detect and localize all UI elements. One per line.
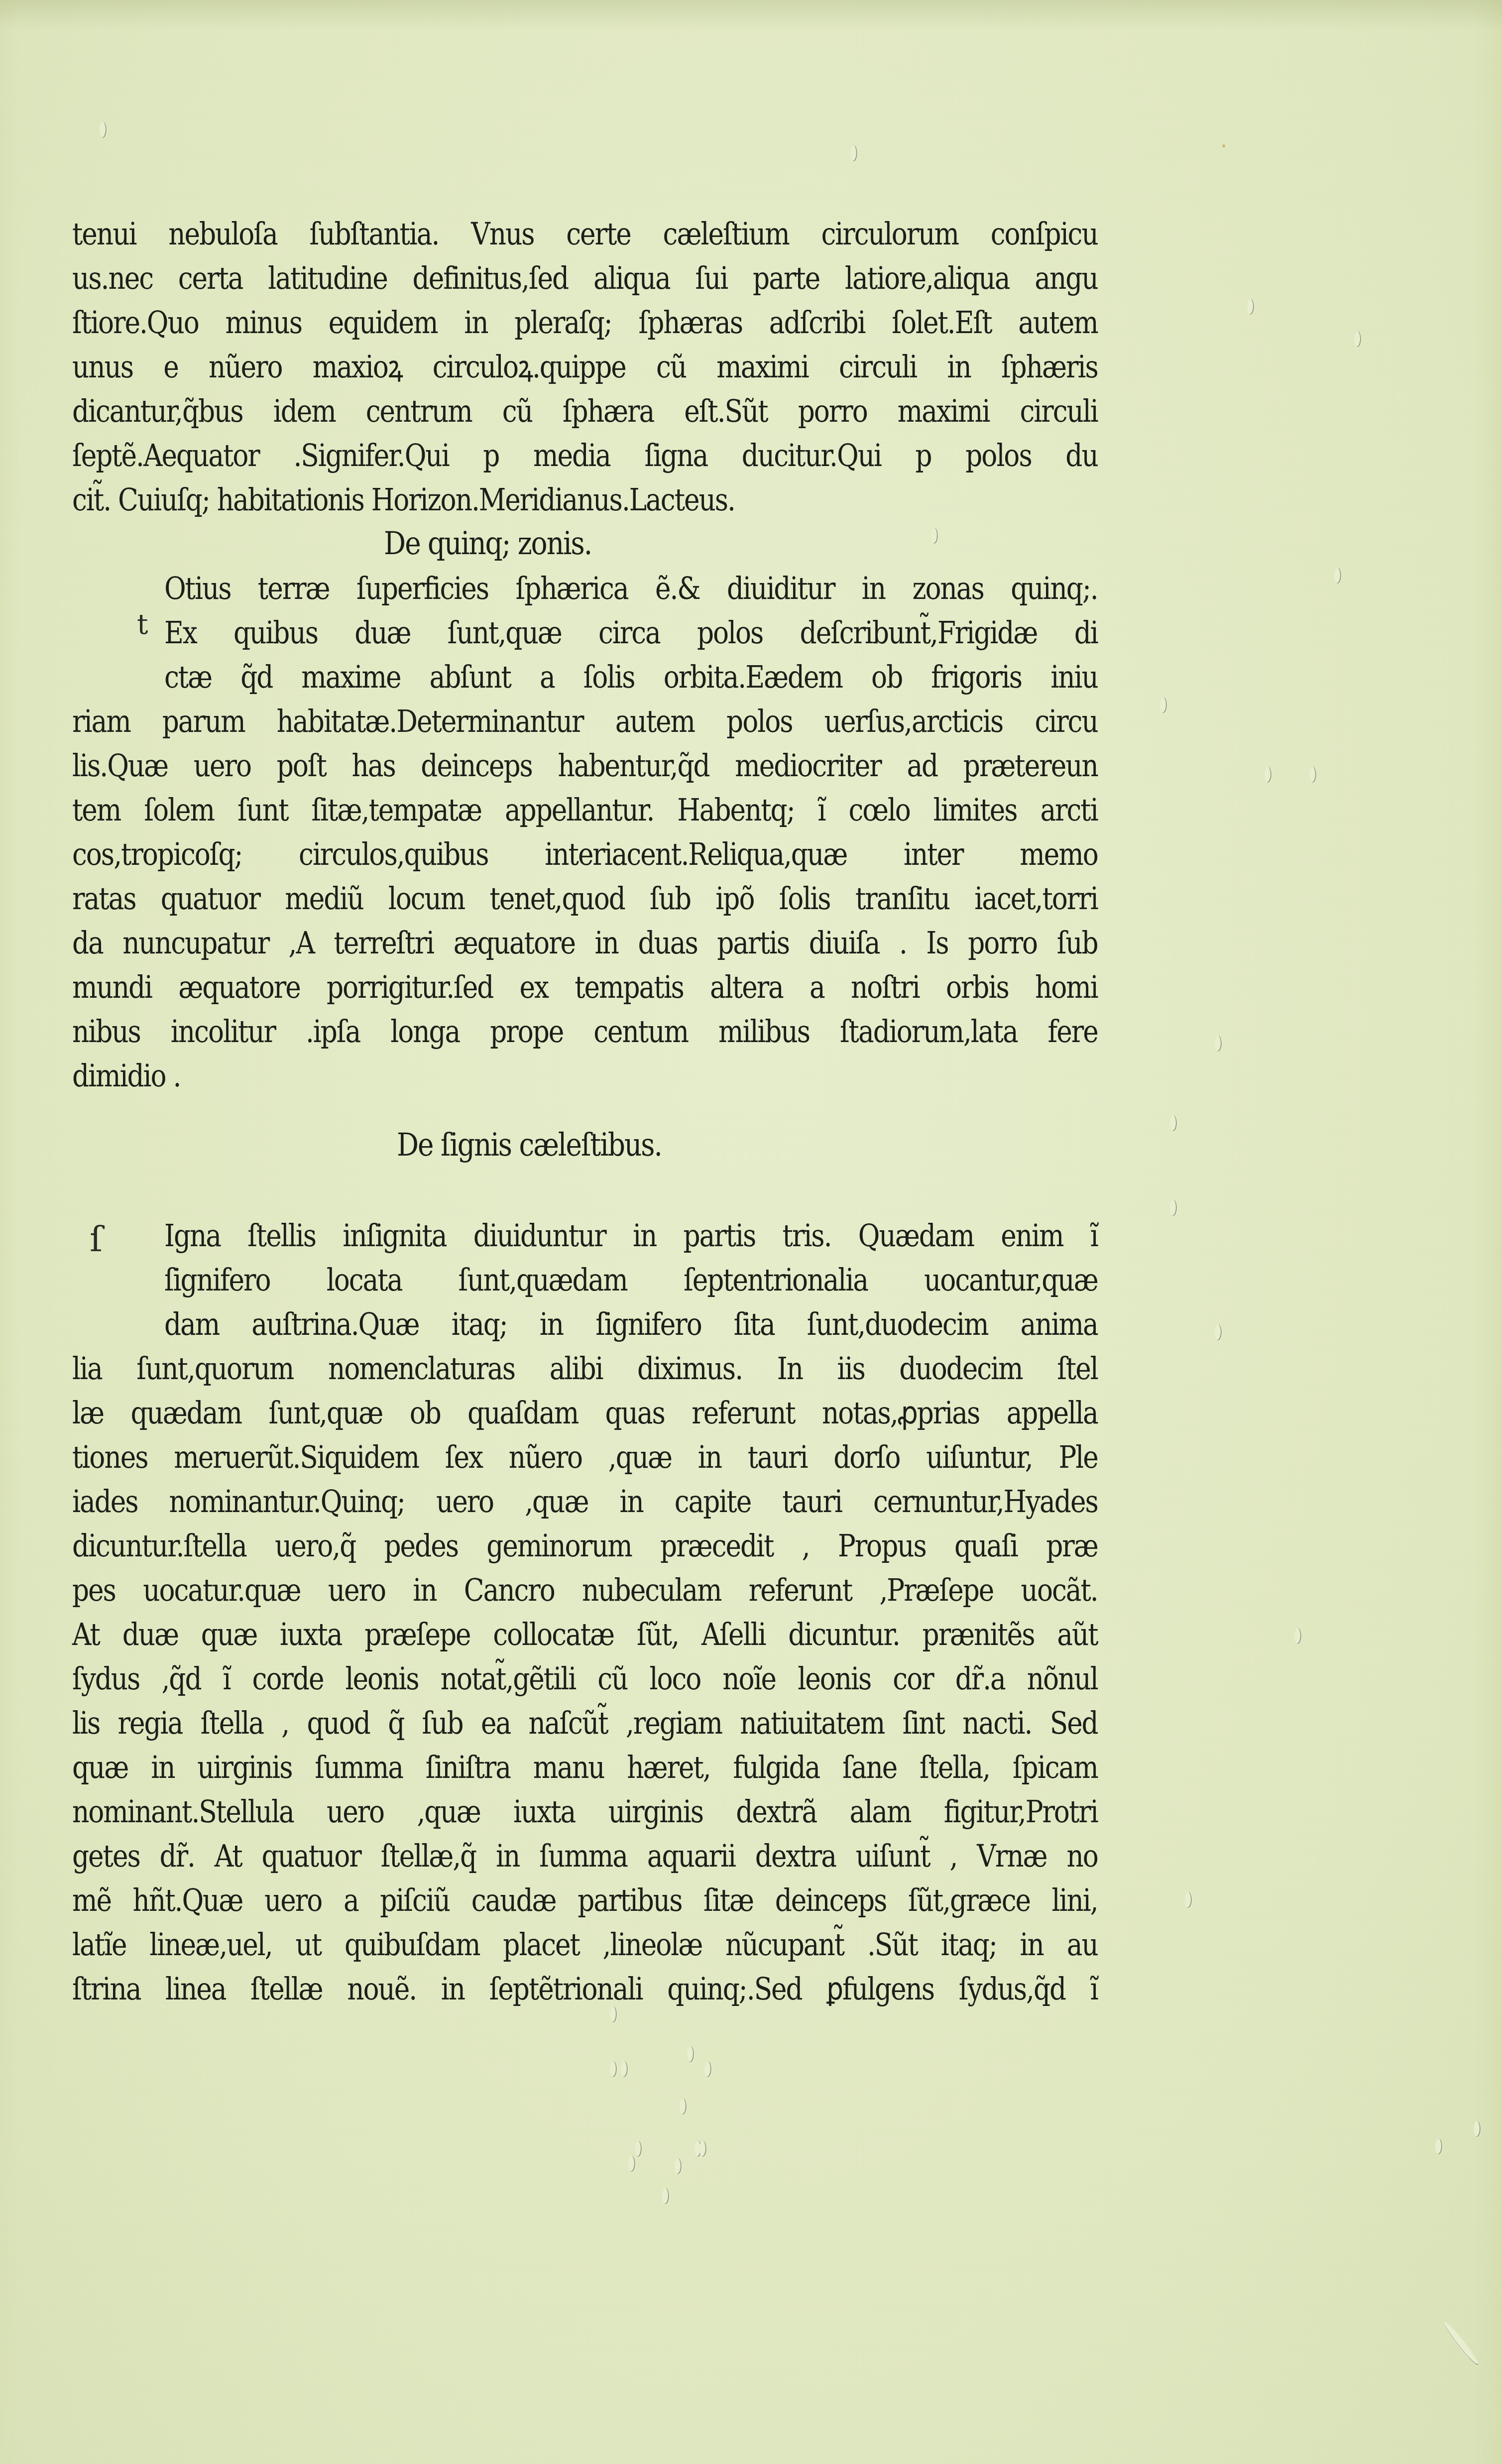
text-line: dicuntur.ſtella uero,q̃ pedes geminorum … <box>72 1524 1098 1568</box>
text-line: tem ſolem ſunt ſitæ,tempatæ appellantur.… <box>72 788 1098 832</box>
wormhole-mark <box>699 2141 706 2157</box>
wormhole-mark <box>1354 331 1361 347</box>
text-line: tenui nebuloſa ſubſtantia. Vnus certe cæ… <box>72 212 1098 256</box>
wormhole-channel <box>1442 2320 1481 2367</box>
wormhole-mark <box>1334 568 1341 584</box>
text-line: riam parum habitatæ.Determinantur autem … <box>72 699 1098 743</box>
wormhole-mark <box>850 145 857 161</box>
wormhole-mark <box>635 2141 642 2157</box>
text-line: tiones meruerũt.Siquidem ſex nũero ,quæ … <box>72 1435 1098 1479</box>
wormhole-mark <box>1160 697 1167 713</box>
text-line: ſignifero locata ſunt,quædam ſeptentrion… <box>72 1258 1098 1302</box>
text-line: lia ſunt,quorum nomenclaturas alibi dixi… <box>72 1346 1098 1391</box>
section-heading-signis: De ſignis cæleſtibus. <box>72 1118 954 1173</box>
wormhole-mark <box>662 2188 669 2204</box>
wormhole-mark <box>1215 1324 1222 1340</box>
wormhole-mark <box>1170 1115 1177 1131</box>
text-line: ctæ q̃d maxime abſunt a ſolis orbita.Eæd… <box>72 655 1098 699</box>
wormhole-mark <box>1294 1628 1301 1644</box>
wormhole-mark <box>610 2006 617 2022</box>
wormhole-mark <box>680 2099 687 2114</box>
wormhole-mark <box>1265 767 1271 783</box>
wormhole-mark <box>1309 767 1316 783</box>
text-line: dam auſtrina.Quæ itaq; in ſignifero ſita… <box>72 1302 1098 1346</box>
text-line: da nuncupatur ,A terreſtri æquatore in d… <box>72 921 1098 965</box>
text-line: At duæ quæ iuxta præſepe collocatæ ſũt, … <box>72 1612 1098 1656</box>
book-page: t ſ tenui nebuloſa ſubſtantia. Vnus cert… <box>0 0 1502 2464</box>
text-line: lis regia ſtella , quod q̃ ſub ea naſcũt… <box>72 1701 1098 1745</box>
text-line: mundi æquatore porrigitur.ſed ex tempati… <box>72 965 1098 1009</box>
text-line: lis.Quæ uero poſt has deinceps habentur,… <box>72 743 1098 788</box>
text-line: nibus incolitur .ipſa longa prope centum… <box>72 1009 1098 1054</box>
text-line: cos,tropicoſq; circulos,quibus interiace… <box>72 832 1098 876</box>
wormhole-mark <box>1474 2121 1481 2137</box>
text-line: nominant.Stellula uero ,quæ iuxta uirgin… <box>72 1789 1098 1834</box>
wormhole-mark <box>687 2046 694 2062</box>
wormhole-mark <box>100 122 107 138</box>
text-line: iades nominantur.Quinq; uero ,quæ in cap… <box>72 1479 1098 1524</box>
wormhole-mark <box>1185 1892 1192 1908</box>
wormhole-mark <box>931 528 938 544</box>
section-heading-zonis: De quinq; zonis. <box>72 522 954 566</box>
wormhole-mark <box>621 2061 628 2077</box>
paper-stain <box>1222 144 1225 147</box>
text-line: Ex quibus duæ ſunt,quæ circa polos deſcr… <box>72 610 1098 655</box>
text-block: tenui nebuloſa ſubſtantia. Vnus certe cæ… <box>72 212 1098 2011</box>
paragraph-zonis: Otius terræ ſuperficies ſphærica ẽ.& diu… <box>72 566 1098 1098</box>
text-line: unus e nũero maxioꝝ circuloꝝ.quippe cũ m… <box>72 345 1098 389</box>
text-line: getes dr̃. At quatuor ſtellæ,q̃ in ſumma… <box>72 1834 1098 1878</box>
paragraph-circles: tenui nebuloſa ſubſtantia. Vnus certe cæ… <box>72 212 1098 522</box>
wormhole-mark <box>1170 1200 1177 1216</box>
wormhole-mark <box>704 2061 711 2077</box>
text-line: cit̃. Cuiuſq; habitationis Horizon.Merid… <box>72 477 1098 522</box>
text-line: pes uocatur.quæ uero in Cancro nubeculam… <box>72 1568 1098 1612</box>
text-line: us.nec certa latitudine definitus,ſed al… <box>72 256 1098 300</box>
wormhole-mark <box>1435 2138 1442 2154</box>
wormhole-mark <box>1247 299 1254 315</box>
text-line: ſtiore.Quo minus equidem in pleraſq; ſph… <box>72 300 1098 345</box>
text-line: Otius terræ ſuperficies ſphærica ẽ.& diu… <box>72 566 1098 610</box>
wormhole-mark <box>610 2061 617 2077</box>
text-line: mẽ hñt.Quæ uero a piſciũ caudæ partibus … <box>72 1878 1098 1922</box>
text-line: ſydus ,q̃d ĩ corde leonis notat̃,gẽtili … <box>72 1656 1098 1701</box>
text-line: ratas quatuor mediũ locum tenet,quod ſub… <box>72 876 1098 921</box>
wormhole-mark <box>1215 1036 1222 1052</box>
text-line: Igna ſtellis inſignita diuiduntur in par… <box>72 1213 1098 1258</box>
text-line: quæ in uirginis ſumma ſiniſtra manu hære… <box>72 1745 1098 1789</box>
text-line: dicantur,q̃bus idem centrum cũ ſphæra eſ… <box>72 389 1098 433</box>
paragraph-signis: Igna ſtellis inſignita diuiduntur in par… <box>72 1213 1098 2011</box>
wormhole-mark <box>675 2158 682 2174</box>
text-line: ſtrina linea ſtellæ nouẽ. in ſeptẽtriona… <box>72 1967 1098 2011</box>
text-line: latĩe lineæ,uel, ut quibuſdam placet ,li… <box>72 1922 1098 1967</box>
wormhole-mark <box>628 2156 635 2172</box>
text-line: ſeptẽ.Aequator .Signifer.Qui p media ſig… <box>72 433 1098 477</box>
text-line: læ quædam ſunt,quæ ob quaſdam quas refer… <box>72 1391 1098 1435</box>
text-line: dimidio . <box>72 1054 1098 1098</box>
